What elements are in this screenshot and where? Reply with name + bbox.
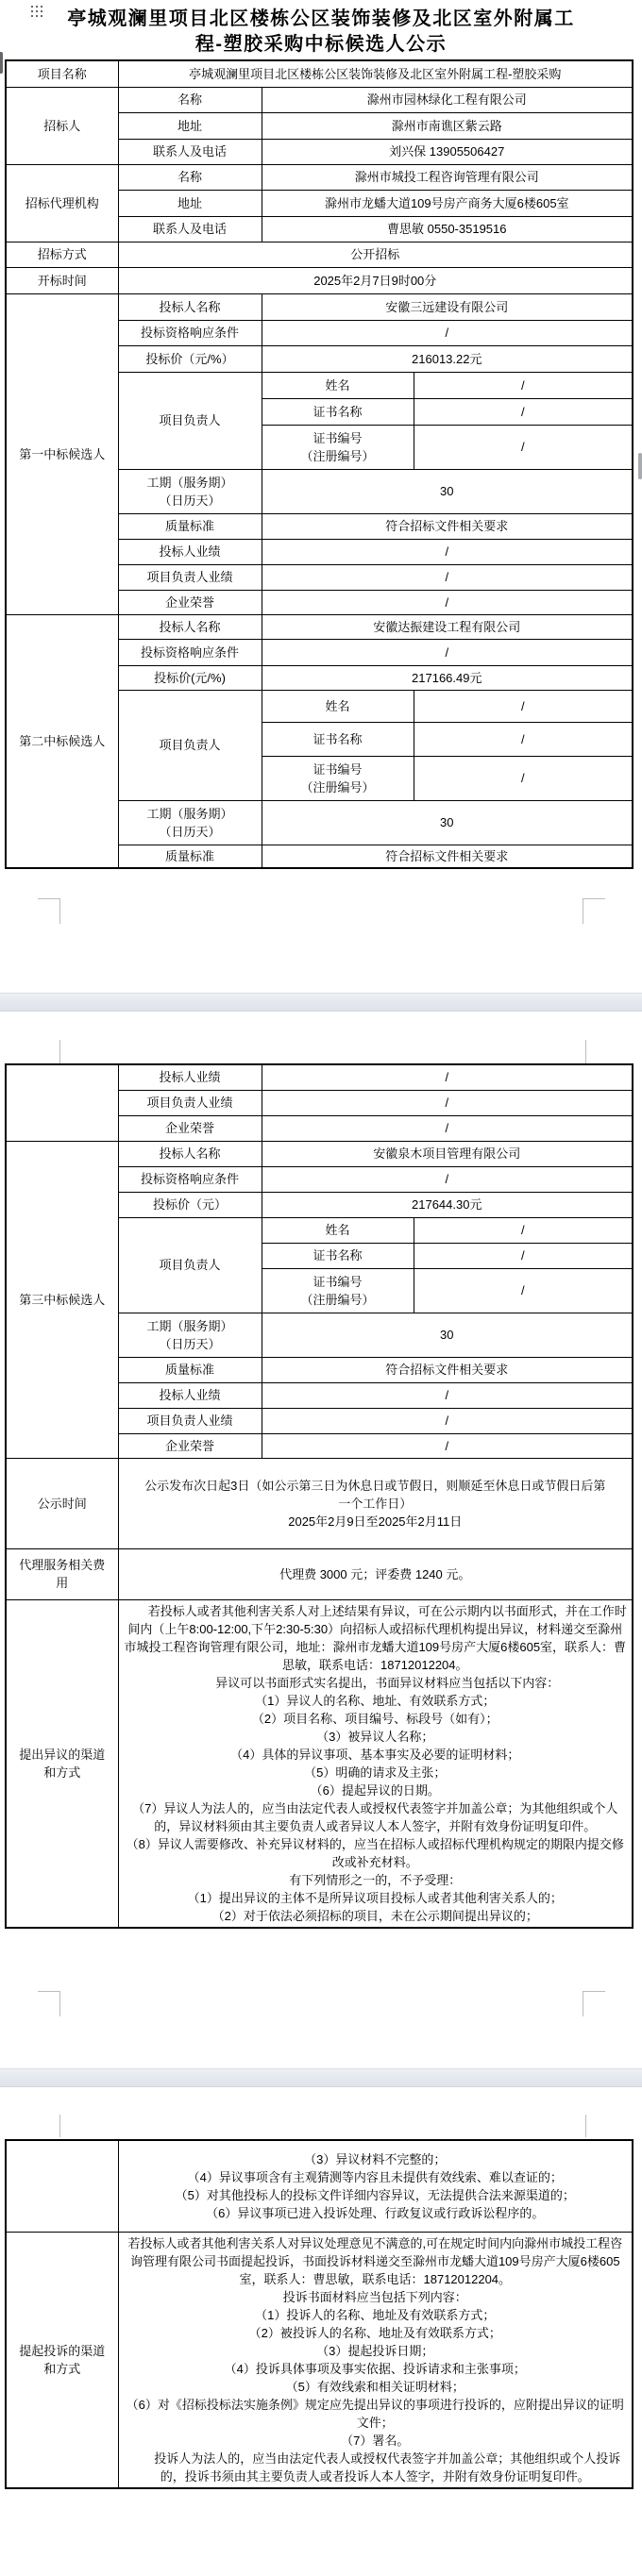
candidate3-pm-name-label: 姓名 — [262, 1217, 414, 1243]
publicity-time-value: 公示发布次日起3日（如公示第三日为休息日或节假日，则顺延至休息日或节假日后第 一… — [118, 1458, 633, 1548]
announcement-table-page2: 投标人业绩 / 项目负责人业绩 / 企业荣誉 / 第三中标候选人 投标人名称 安… — [5, 1063, 634, 1929]
announcement-table-page3: （3）异议材料不完整的； （4）异议事项含有主观猜测等内容且未提供有效线索、难以… — [5, 2139, 634, 2489]
project-name-value: 亭城观澜里项目北区楼栋公区装饰装修及北区室外附属工程-塑胶采购 — [118, 60, 633, 87]
tenderee-name-label: 名称 — [118, 87, 262, 112]
candidate3-duration-label: 工期（服务期） （日历天） — [118, 1313, 262, 1357]
left-edge-marker — [0, 52, 3, 74]
candidate2-quality-label: 质量标准 — [118, 845, 262, 868]
document-page: 亭城观澜里项目北区楼栋公区装饰装修及北区室外附属工 程-塑胶采购中标候选人公示 … — [0, 0, 642, 2576]
page-margin-mark — [38, 1991, 60, 2016]
candidate1-pm-label: 项目负责人 — [118, 372, 262, 469]
project-name-label: 项目名称 — [6, 60, 118, 87]
tenderee-name-value: 滁州市园林绿化工程有限公司 — [262, 87, 633, 112]
agency-name-label: 名称 — [118, 164, 262, 190]
candidate3-pm-name-value: / — [414, 1217, 633, 1243]
tenderee-address-label: 地址 — [118, 112, 262, 139]
page-margin-mark — [59, 2115, 60, 2137]
candidate2-price-value: 217166.49元 — [262, 665, 633, 690]
candidate1-qualification-value: / — [262, 320, 633, 345]
candidate3-perf-label: 投标人业绩 — [118, 1382, 262, 1408]
candidate2-pm-perf-label: 项目负责人业绩 — [118, 1090, 262, 1115]
candidate1-pm-name-value: / — [414, 372, 633, 398]
candidate1-quality-label: 质量标准 — [118, 513, 262, 539]
page-margin-mark — [583, 898, 605, 924]
candidate2-price-label: 投标价(元/%) — [118, 665, 262, 690]
candidate3-pm-label: 项目负责人 — [118, 1217, 262, 1313]
candidate2-bidder-value: 安徽达振建设工程有限公司 — [262, 614, 633, 639]
agency-address-label: 地址 — [118, 190, 262, 216]
bid-open-time-label: 开标时间 — [6, 267, 118, 293]
complaint-channel-text: 若投标人或者其他利害关系人对异议处理意见不满意的,可在规定时间内向滁州市城投工程… — [118, 2232, 633, 2488]
candidate2-perf-label: 投标人业绩 — [118, 1064, 262, 1090]
tenderee-address-value: 滁州市南谯区紫云路 — [262, 112, 633, 139]
candidate1-bidder-value: 安徽三远建设有限公司 — [262, 293, 633, 320]
scrollbar-thumb[interactable] — [638, 453, 642, 479]
agency-contact-label: 联系人及电话 — [118, 216, 262, 242]
announcement-table-page1: 项目名称 亭城观澜里项目北区楼栋公区装饰装修及北区室外附属工程-塑胶采购 招标人… — [5, 59, 634, 869]
document-title: 亭城观澜里项目北区楼栋公区装饰装修及北区室外附属工 程-塑胶采购中标候选人公示 — [9, 7, 633, 58]
candidate3-pm-perf-value: / — [262, 1408, 633, 1433]
agency-contact-value: 曹思敏 0550-3519516 — [262, 216, 633, 242]
candidate2-bidder-label: 投标人名称 — [118, 614, 262, 639]
publicity-time-label: 公示时间 — [6, 1458, 118, 1548]
candidate2-duration-label: 工期（服务期） （日历天） — [118, 800, 262, 845]
candidate3-cert-name-label: 证书名称 — [262, 1243, 414, 1268]
page-margin-mark — [583, 1991, 605, 2016]
candidate1-cert-name-label: 证书名称 — [262, 398, 414, 425]
candidate3-price-value: 217644.30元 — [262, 1192, 633, 1217]
candidate1-pm-perf-value: / — [262, 564, 633, 590]
candidate1-pm-name-label: 姓名 — [262, 372, 414, 398]
candidate3-bidder-value: 安徽泉木项目管理有限公司 — [262, 1141, 633, 1166]
page-margin-mark — [59, 1040, 60, 1063]
complaint-channel-label: 提起投诉的渠道 和方式 — [6, 2232, 118, 2488]
candidate3-perf-value: / — [262, 1382, 633, 1408]
bid-method-value: 公开招标 — [118, 242, 633, 267]
bid-method-label: 招标方式 — [6, 242, 118, 267]
candidate1-qualification-label: 投标资格响应条件 — [118, 320, 262, 345]
candidate3-cert-name-value: / — [414, 1243, 633, 1268]
candidate1-cert-no-label: 证书编号 （注册编号） — [262, 425, 414, 469]
candidate2-pm-name-value: / — [414, 690, 633, 722]
candidate2-quality-value: 符合招标文件相关要求 — [262, 845, 633, 868]
agency-label: 招标代理机构 — [6, 164, 118, 242]
candidate1-price-value: 216013.22元 — [262, 345, 633, 372]
candidate2-pm-label: 项目负责人 — [118, 690, 262, 800]
candidate2-cert-name-value: / — [414, 722, 633, 756]
candidate1-price-label: 投标价（元/%） — [118, 345, 262, 372]
candidate1-cert-no-value: / — [414, 425, 633, 469]
objection-channel-label: 提出异议的渠道 和方式 — [6, 1599, 118, 1928]
agency-fee-label: 代理服务相关费 用 — [6, 1548, 118, 1599]
candidate2-label: 第二中标候选人 — [6, 614, 118, 868]
page-break-band — [0, 2068, 642, 2087]
candidate1-cert-name-value: / — [414, 398, 633, 425]
candidate1-duration-value: 30 — [262, 469, 633, 513]
candidate3-price-label: 投标价（元） — [118, 1192, 262, 1217]
page-margin-mark — [38, 898, 60, 924]
candidate2-honor-label: 企业荣誉 — [118, 1115, 262, 1141]
page-margin-mark — [585, 1040, 586, 1063]
candidate3-duration-value: 30 — [262, 1313, 633, 1357]
candidate2-perf-value: / — [262, 1064, 633, 1090]
tenderee-contact-value: 刘兴保 13905506427 — [262, 139, 633, 164]
candidate1-label: 第一中标候选人 — [6, 293, 118, 614]
candidate2-duration-value: 30 — [262, 800, 633, 845]
candidate3-honor-value: / — [262, 1433, 633, 1458]
objection-channel-text: 若投标人或者其他利害关系人对上述结果有异议，可在公示期内以书面形式，并在工作时间… — [118, 1599, 633, 1928]
candidate1-honor-value: / — [262, 590, 633, 614]
bid-open-time-value: 2025年2月7日9时00分 — [118, 267, 633, 293]
candidate3-qualification-value: / — [262, 1166, 633, 1192]
tenderee-contact-label: 联系人及电话 — [118, 139, 262, 164]
candidate3-quality-value: 符合招标文件相关要求 — [262, 1357, 633, 1382]
candidate2-cert-no-label: 证书编号 （注册编号） — [262, 756, 414, 800]
candidate3-cert-no-value: / — [414, 1268, 633, 1313]
candidate2-cert-name-label: 证书名称 — [262, 722, 414, 756]
page-break-band — [0, 993, 642, 1012]
candidate2-qualification-value: / — [262, 639, 633, 665]
candidate2-pm-name-label: 姓名 — [262, 690, 414, 722]
candidate1-bidder-label: 投标人名称 — [118, 293, 262, 320]
candidate2-qualification-label: 投标资格响应条件 — [118, 639, 262, 665]
candidate2-cert-no-value: / — [414, 756, 633, 800]
agency-address-value: 滁州市龙蟠大道109号房产商务大厦6楼605室 — [262, 190, 633, 216]
candidate1-duration-label: 工期（服务期） （日历天） — [118, 469, 262, 513]
tenderee-label: 招标人 — [6, 87, 118, 164]
candidate3-qualification-label: 投标资格响应条件 — [118, 1166, 262, 1192]
candidate1-pm-perf-label: 项目负责人业绩 — [118, 564, 262, 590]
candidate3-cert-no-label: 证书编号 （注册编号） — [262, 1268, 414, 1313]
candidate3-pm-perf-label: 项目负责人业绩 — [118, 1408, 262, 1433]
agency-name-value: 滁州市城投工程咨询管理有限公司 — [262, 164, 633, 190]
candidate1-honor-label: 企业荣誉 — [118, 590, 262, 614]
candidate3-honor-label: 企业荣誉 — [118, 1433, 262, 1458]
objection-channel-text-continued: （3）异议材料不完整的； （4）异议事项含有主观猜测等内容且未提供有效线索、难以… — [118, 2140, 633, 2232]
candidate2-pm-perf-value: / — [262, 1090, 633, 1115]
objection-label-continued — [6, 2140, 118, 2232]
candidate2-label-continued — [6, 1064, 118, 1141]
candidate1-perf-label: 投标人业绩 — [118, 539, 262, 564]
candidate3-label: 第三中标候选人 — [6, 1141, 118, 1458]
candidate1-quality-value: 符合招标文件相关要求 — [262, 513, 633, 539]
candidate3-quality-label: 质量标准 — [118, 1357, 262, 1382]
candidate3-bidder-label: 投标人名称 — [118, 1141, 262, 1166]
candidate2-honor-value: / — [262, 1115, 633, 1141]
page-margin-mark — [585, 2115, 586, 2137]
agency-fee-value: 代理费 3000 元；评委费 1240 元。 — [118, 1548, 633, 1599]
candidate1-perf-value: / — [262, 539, 633, 564]
